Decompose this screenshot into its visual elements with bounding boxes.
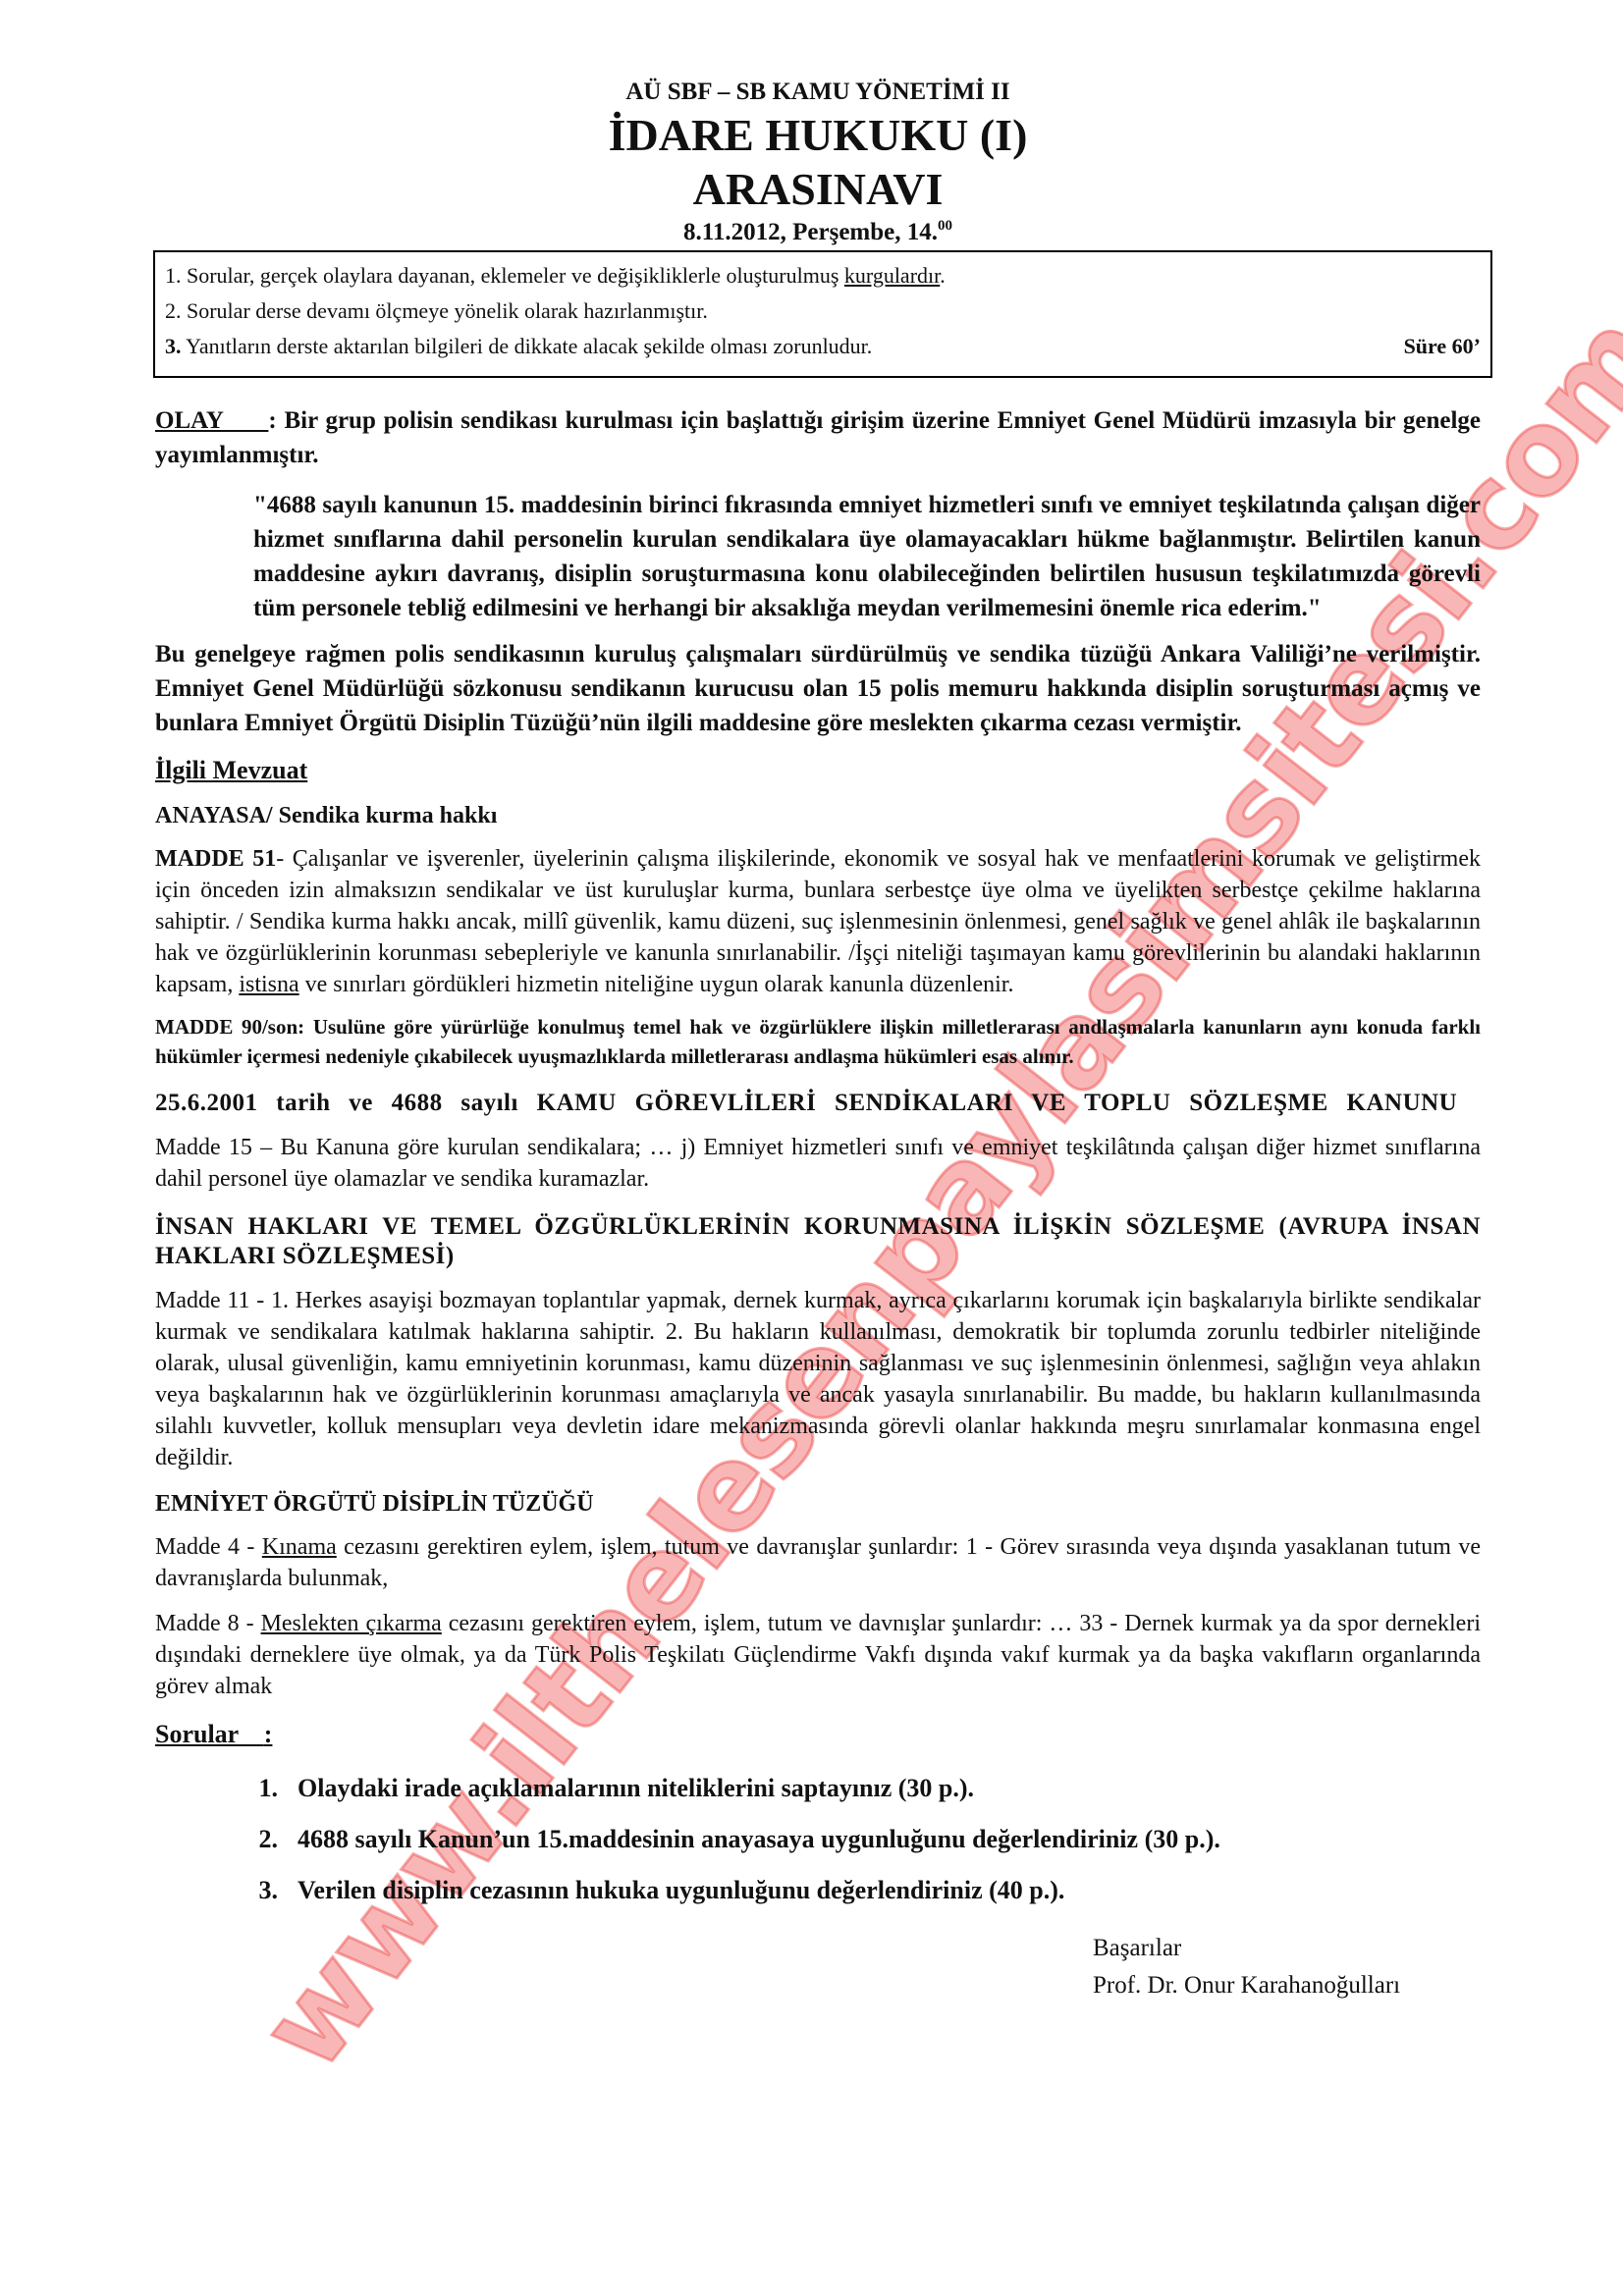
constitution-title: ANAYASA/ Sendika kurma hakkı	[155, 803, 1481, 829]
instruction-3: 3. Yanıtların derste aktarılan bilgileri…	[165, 329, 1481, 364]
course-title: İDARE HUKUKU (I)	[155, 108, 1481, 163]
regulation-title: EMNİYET ÖRGÜTÜ DİSİPLİN TÜZÜĞÜ	[155, 1491, 1481, 1518]
law-4688-article-15: Madde 15 – Bu Kanuna göre kurulan sendik…	[155, 1132, 1481, 1195]
echr-title: İNSAN HAKLARI VE TEMEL ÖZGÜRLÜKLERİNİN K…	[155, 1212, 1481, 1271]
exam-title: ARASINAVI	[155, 163, 1481, 216]
article-51: MADDE 51- Çalışanlar ve işverenler, üyel…	[155, 843, 1481, 1000]
question-item: 1.Olaydaki irade açıklamalarının nitelik…	[155, 1763, 1481, 1814]
law-4688-title: 25.6.2001 tarih ve 4688 sayılı KAMU GÖRE…	[155, 1089, 1481, 1118]
regulation-article-4: Madde 4 - Kınama cezasını gerektiren eyl…	[155, 1531, 1481, 1594]
case-facts: Bu genelgeye rağmen polis sendikasının k…	[155, 637, 1481, 740]
instruction-1: 1. Sorular, gerçek olaylara dayanan, ekl…	[165, 258, 1481, 294]
instruction-2: 2. Sorular derse devamı ölçmeye yönelik …	[165, 294, 1481, 329]
signature: Başarılar Prof. Dr. Onur Karahanoğulları	[1093, 1930, 1481, 2004]
question-item: 3.Verilen disiplin cezasının hukuka uygu…	[155, 1865, 1481, 1916]
questions-list: 1.Olaydaki irade açıklamalarının nitelik…	[155, 1763, 1481, 1916]
questions-title: Sorular :	[155, 1720, 1481, 1749]
regulation-article-8: Madde 8 - Meslekten çıkarma cezasını ger…	[155, 1608, 1481, 1702]
case-intro: OLAY : Bir grup polisin sendikası kurulm…	[155, 403, 1481, 472]
exam-date: 8.11.2012, Perşembe, 14.00	[155, 218, 1481, 246]
duration: Süre 60’	[1404, 329, 1481, 364]
circular-quote: "4688 sayılı kanunun 15. maddesinin biri…	[253, 488, 1481, 625]
closing: Başarılar	[1093, 1930, 1481, 1967]
echr-article-11: Madde 11 - 1. Herkes asayişi bozmayan to…	[155, 1285, 1481, 1473]
exam-page: AÜ SBF – SB KAMU YÖNETİMİ II İDARE HUKUK…	[155, 79, 1481, 2004]
exam-header: AÜ SBF – SB KAMU YÖNETİMİ II İDARE HUKUK…	[155, 79, 1481, 246]
article-90: MADDE 90/son: Usulüne göre yürürlüğe kon…	[155, 1012, 1481, 1071]
instructions-box: 1. Sorular, gerçek olaylara dayanan, ekl…	[153, 250, 1492, 378]
question-item: 2.4688 sayılı Kanun’un 15.maddesinin ana…	[155, 1814, 1481, 1865]
institution: AÜ SBF – SB KAMU YÖNETİMİ II	[155, 79, 1481, 106]
legislation-title: İlgili Mevzuat	[155, 756, 1481, 785]
author-name: Prof. Dr. Onur Karahanoğulları	[1093, 1967, 1481, 2004]
